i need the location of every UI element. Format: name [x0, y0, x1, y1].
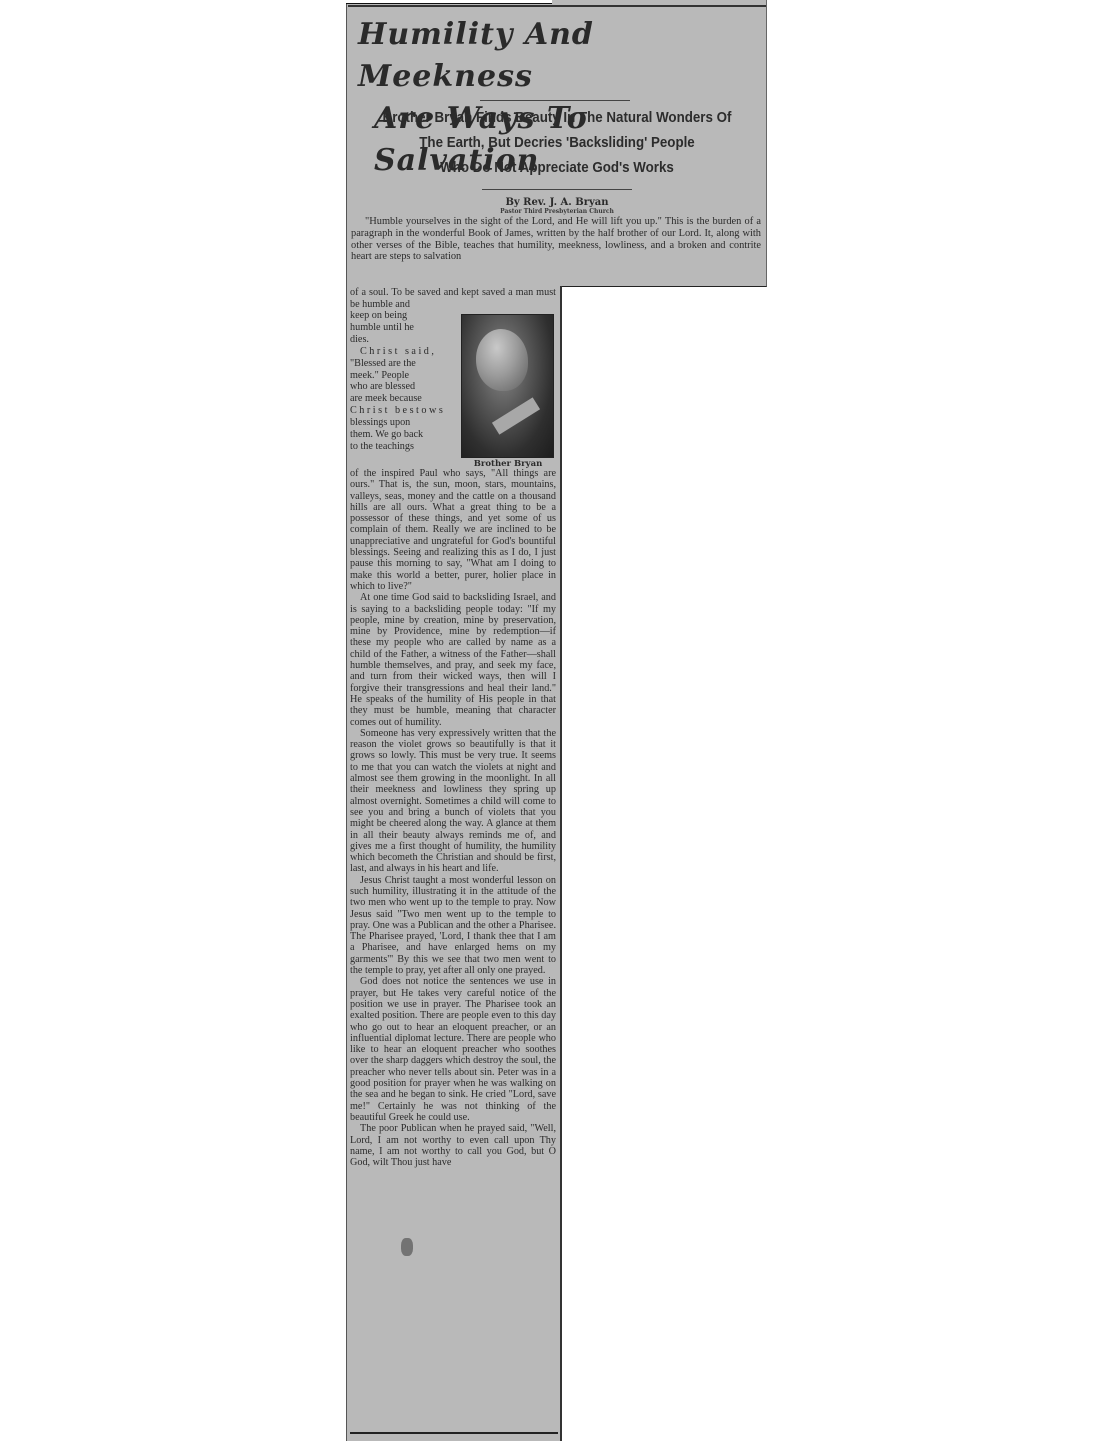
- body-paragraph: At one time God said to backsliding Isra…: [350, 592, 556, 728]
- narrow-line: to the teachings: [350, 441, 457, 453]
- narrow-line: who are blessed: [350, 381, 457, 393]
- headline-divider: [480, 100, 630, 101]
- byline: By Rev. J. A. Bryan: [350, 197, 764, 208]
- headline-line-1: Humility And Meekness: [352, 14, 762, 98]
- ink-smudge: [401, 1238, 413, 1256]
- subheadline-line-1: Brother Bryan Finds Beauty In The Natura…: [367, 106, 748, 131]
- portrait-collar: [492, 397, 540, 434]
- body-paragraph: Jesus Christ taught a most wonderful les…: [350, 875, 556, 977]
- body-paragraph: of the inspired Paul who says, "All thin…: [350, 468, 556, 592]
- subhead-divider: [482, 189, 632, 190]
- byline-title: Pastor Third Presbyterian Church: [350, 208, 764, 216]
- narrow-line: them. We go back: [350, 429, 457, 441]
- body-paragraph: God does not notice the sentences we use…: [350, 976, 556, 1123]
- top-edge-strip: [346, 0, 552, 4]
- lead-paragraph: "Humble yourselves in the sight of the L…: [351, 216, 761, 263]
- narrow-text-beside-photo: keep on being humble until he dies. Chri…: [350, 310, 457, 453]
- top-rule: [348, 5, 766, 7]
- narrow-line: keep on being: [350, 310, 457, 322]
- narrow-line: Christ bestows: [350, 405, 457, 417]
- portrait-head: [476, 329, 528, 391]
- body-paragraph: The poor Publican when he prayed said, "…: [350, 1123, 556, 1168]
- subheadline-line-2: The Earth, But Decries 'Backsliding' Peo…: [367, 131, 748, 156]
- narrow-line: meek." People: [350, 370, 457, 382]
- subheadline: Brother Bryan Finds Beauty In The Natura…: [367, 106, 748, 181]
- article-body: of the inspired Paul who says, "All thin…: [350, 468, 556, 1168]
- narrow-line: blessings upon: [350, 417, 457, 429]
- bottom-rule: [350, 1432, 558, 1434]
- portrait-photo: [461, 314, 554, 458]
- body-paragraph: Someone has very expressively written th…: [350, 728, 556, 875]
- lead-continuation-text: of a soul. To be saved and kept saved a …: [350, 287, 556, 310]
- narrow-line: Christ said,: [350, 346, 457, 358]
- subheadline-line-3: Who Do Not Appreciate God's Works: [367, 156, 748, 181]
- lead-continuation: of a soul. To be saved and kept saved a …: [350, 287, 556, 310]
- narrow-line: dies.: [350, 334, 457, 346]
- narrow-line: are meek because: [350, 393, 457, 405]
- narrow-line: "Blessed are the: [350, 358, 457, 370]
- narrow-line: humble until he: [350, 322, 457, 334]
